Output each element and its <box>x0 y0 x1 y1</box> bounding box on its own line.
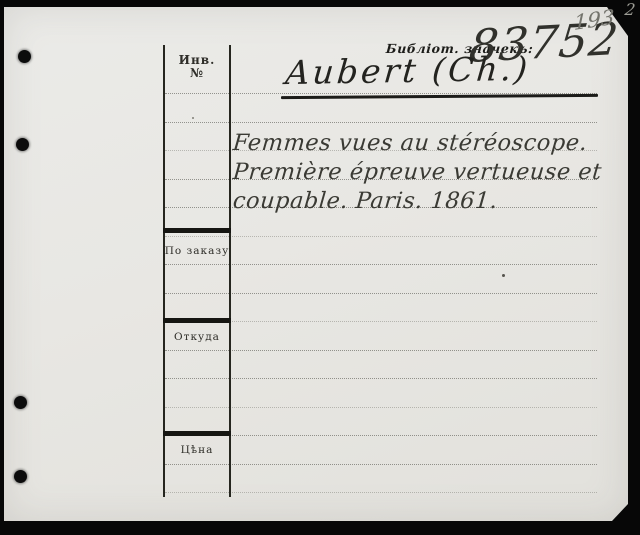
column-label-from-where: Откуда <box>163 331 231 343</box>
ink-speck <box>192 117 194 119</box>
column-label-price: Цѣна <box>163 444 231 456</box>
entry-title-line: Femmes vues au stéréoscope. <box>232 131 588 156</box>
column-section-divider <box>163 431 231 436</box>
scanned-catalog-card-page: Инв. № По заказу Откуда Цѣна Библіот. зн… <box>0 0 640 535</box>
column-label-by-order: По заказу <box>163 245 231 257</box>
corner-page-mark: 2 <box>624 0 637 19</box>
punch-hole <box>16 138 29 151</box>
author-heading-handwritten: Aubert (Ch.) <box>284 52 531 89</box>
punch-hole <box>18 50 31 63</box>
punch-hole <box>14 396 27 409</box>
entry-title-line: coupable. Paris. 1861. <box>232 189 499 214</box>
column-section-divider <box>163 228 231 233</box>
column-right-border <box>229 45 231 497</box>
column-left-border <box>163 45 165 497</box>
ink-speck <box>502 274 505 277</box>
punch-hole <box>14 470 27 483</box>
entry-title-line: Première épreuve vertueuse et <box>232 160 603 185</box>
column-section-divider <box>163 318 231 323</box>
column-header-number-sign: № <box>163 66 231 80</box>
column-header-inventory: Инв. <box>163 53 231 67</box>
